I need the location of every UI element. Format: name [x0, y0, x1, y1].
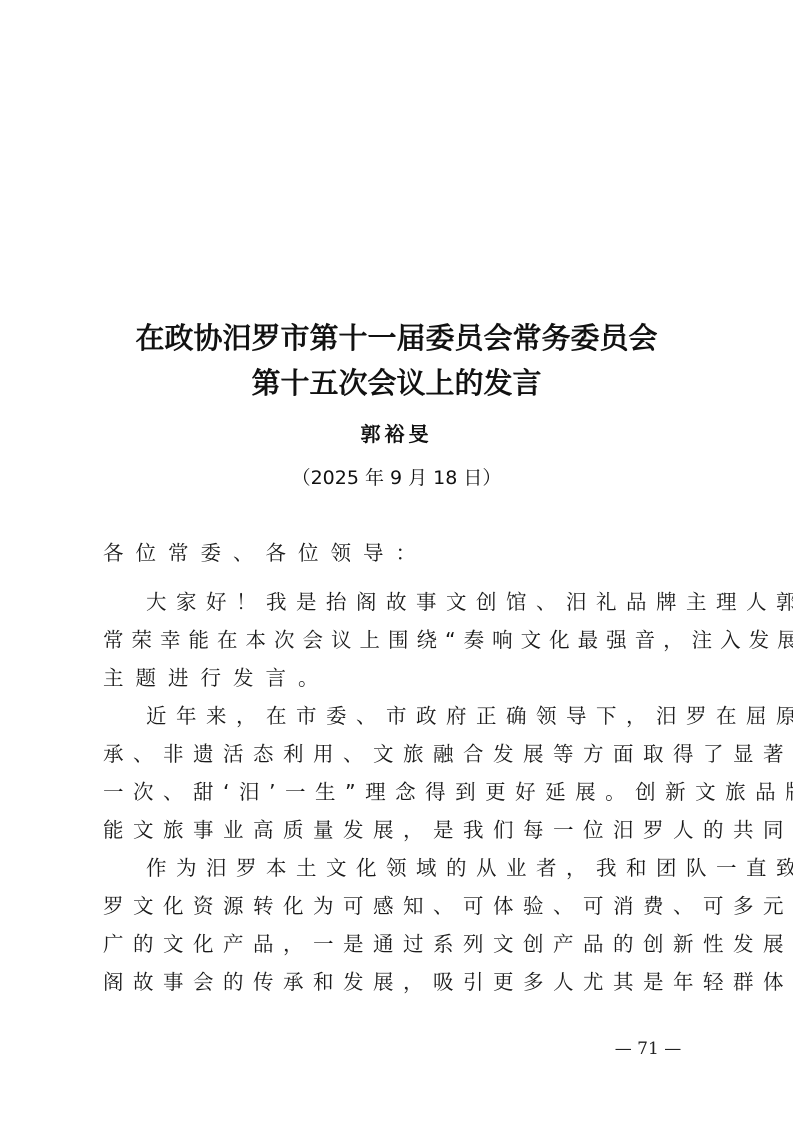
- body-line: 一次、甜‘汨’一生”理念得到更好延展。创新文旅品牌并持续赋: [103, 782, 693, 803]
- document-page: 在政协汨罗市第十一届委员会常务委员会 第十五次会议上的发言 郭裕旻 （2025 …: [0, 0, 793, 1122]
- body-line: 大家好！我是抬阁故事文创馆、汨礼品牌主理人郭裕旻，非: [103, 592, 693, 613]
- title-line-2: 第十五次会议上的发言: [0, 369, 793, 398]
- body-line: 近年来，在市委、市政府正确领导下，汨罗在屈原文化保护传: [103, 706, 693, 727]
- body-line: 广的文化产品，一是通过系列文创产品的创新性发展助力长乐抬: [103, 934, 693, 955]
- author-name: 郭裕旻: [0, 424, 793, 444]
- body-line: 罗文化资源转化为可感知、可体验、可消费、可多元化传播和推: [103, 896, 693, 917]
- salutation: 各位常委、各位领导：: [103, 543, 693, 564]
- body-line: 主题进行发言。: [103, 668, 693, 689]
- body-line: 作为汨罗本土文化领域的从业者，我和团队一直致力于将汨: [103, 858, 693, 879]
- page-number: — 71 —: [608, 1041, 688, 1058]
- body-line: 阁故事会的传承和发展，吸引更多人尤其是年轻群体的关注和参: [103, 972, 693, 993]
- body-line: 常荣幸能在本次会议上围绕“奏响文化最强音，注入发展新活力”: [103, 630, 693, 651]
- title-line-1: 在政协汨罗市第十一届委员会常务委员会: [0, 324, 793, 353]
- speech-date: （2025 年 9 月 18 日）: [0, 469, 793, 488]
- body-line: 承、非遗活态利用、文旅融合发展等方面取得了显著成效。“亲‘汨’: [103, 744, 693, 765]
- body-line: 能文旅事业高质量发展，是我们每一位汨罗人的共同使命。: [103, 820, 693, 841]
